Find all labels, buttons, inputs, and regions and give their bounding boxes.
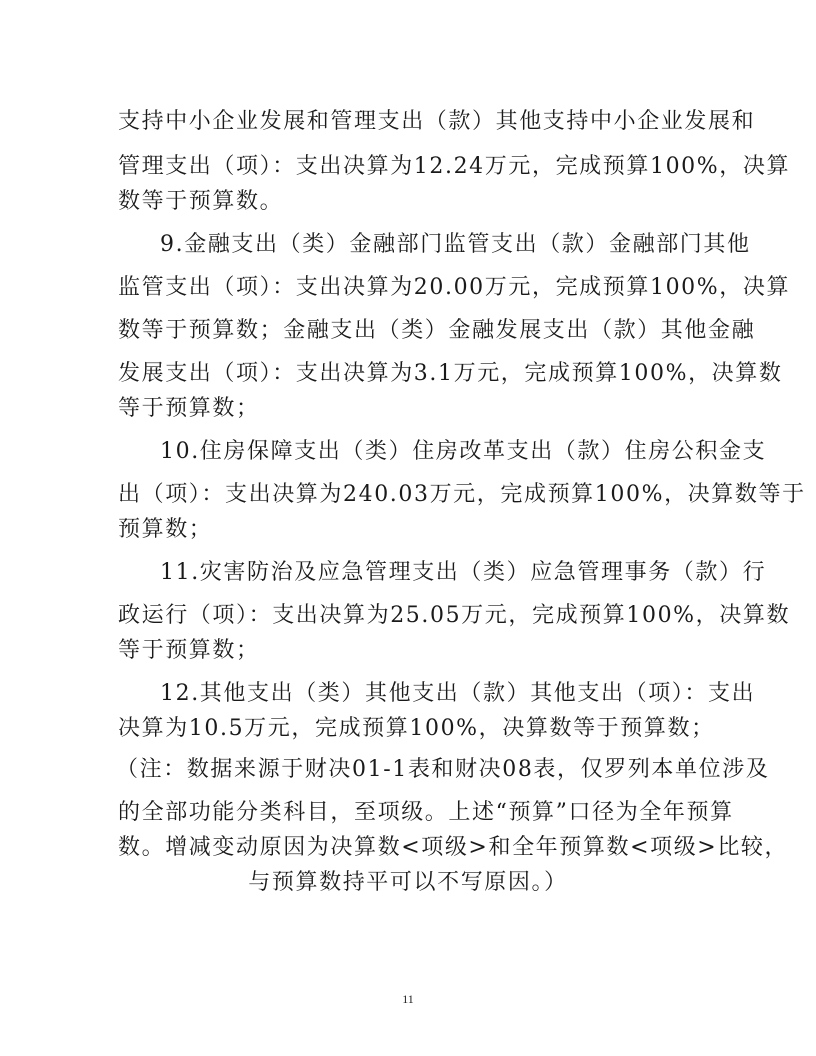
item-12-line: 12.其他支出（类）其他支出（款）其他支出（项）：支出 [160, 680, 740, 708]
note-line: 数。增减变动原因为决算数<项级>和全年预算数<项级>比较， [118, 834, 698, 862]
document-page: 支持中小企业发展和管理支出（款）其他支持中小企业发展和 管理支出（项）：支出决算… [0, 0, 816, 1056]
paragraph-line: 监管支出（项）：支出决算为20.00万元，完成预算100%，决算 [118, 274, 698, 302]
item-10-line: 10.住房保障支出（类）住房改革支出（款）住房公积金支 [160, 438, 740, 466]
paragraph-line: 预算数； [118, 516, 698, 544]
paragraph-line: 支持中小企业发展和管理支出（款）其他支持中小企业发展和 [118, 108, 698, 136]
paragraph-line: 管理支出（项）：支出决算为12.24万元，完成预算100%，决算 [118, 153, 698, 181]
note-line: 与预算数持平可以不写原因。） [0, 869, 816, 897]
paragraph-line: 等于预算数； [118, 395, 698, 423]
item-9-line: 9.金融支出（类）金融部门监管支出（款）金融部门其他 [160, 231, 740, 259]
paragraph-line: 数等于预算数。 [118, 188, 698, 216]
note-line: 的全部功能分类科目，至项级。上述“预算”口径为全年预算 [118, 799, 698, 827]
page-number: 11 [0, 992, 816, 1007]
paragraph-line: 数等于预算数；金融支出（类）金融发展支出（款）其他金融 [118, 317, 698, 345]
paragraph-line: 决算为10.5万元，完成预算100%，决算数等于预算数； [118, 715, 698, 743]
item-11-line: 11.灾害防治及应急管理支出（类）应急管理事务（款）行 [160, 559, 740, 587]
paragraph-line: 政运行（项）：支出决算为25.05万元，完成预算100%，决算数 [118, 602, 698, 630]
note-line: （注：数据来源于财决01-1表和财决08表，仅罗列本单位涉及 [116, 756, 696, 784]
paragraph-line: 发展支出（项）：支出决算为3.1万元，完成预算100%，决算数 [118, 360, 698, 388]
paragraph-line: 出（项）：支出决算为240.03万元，完成预算100%，决算数等于 [118, 481, 698, 509]
paragraph-line: 等于预算数； [118, 637, 698, 665]
